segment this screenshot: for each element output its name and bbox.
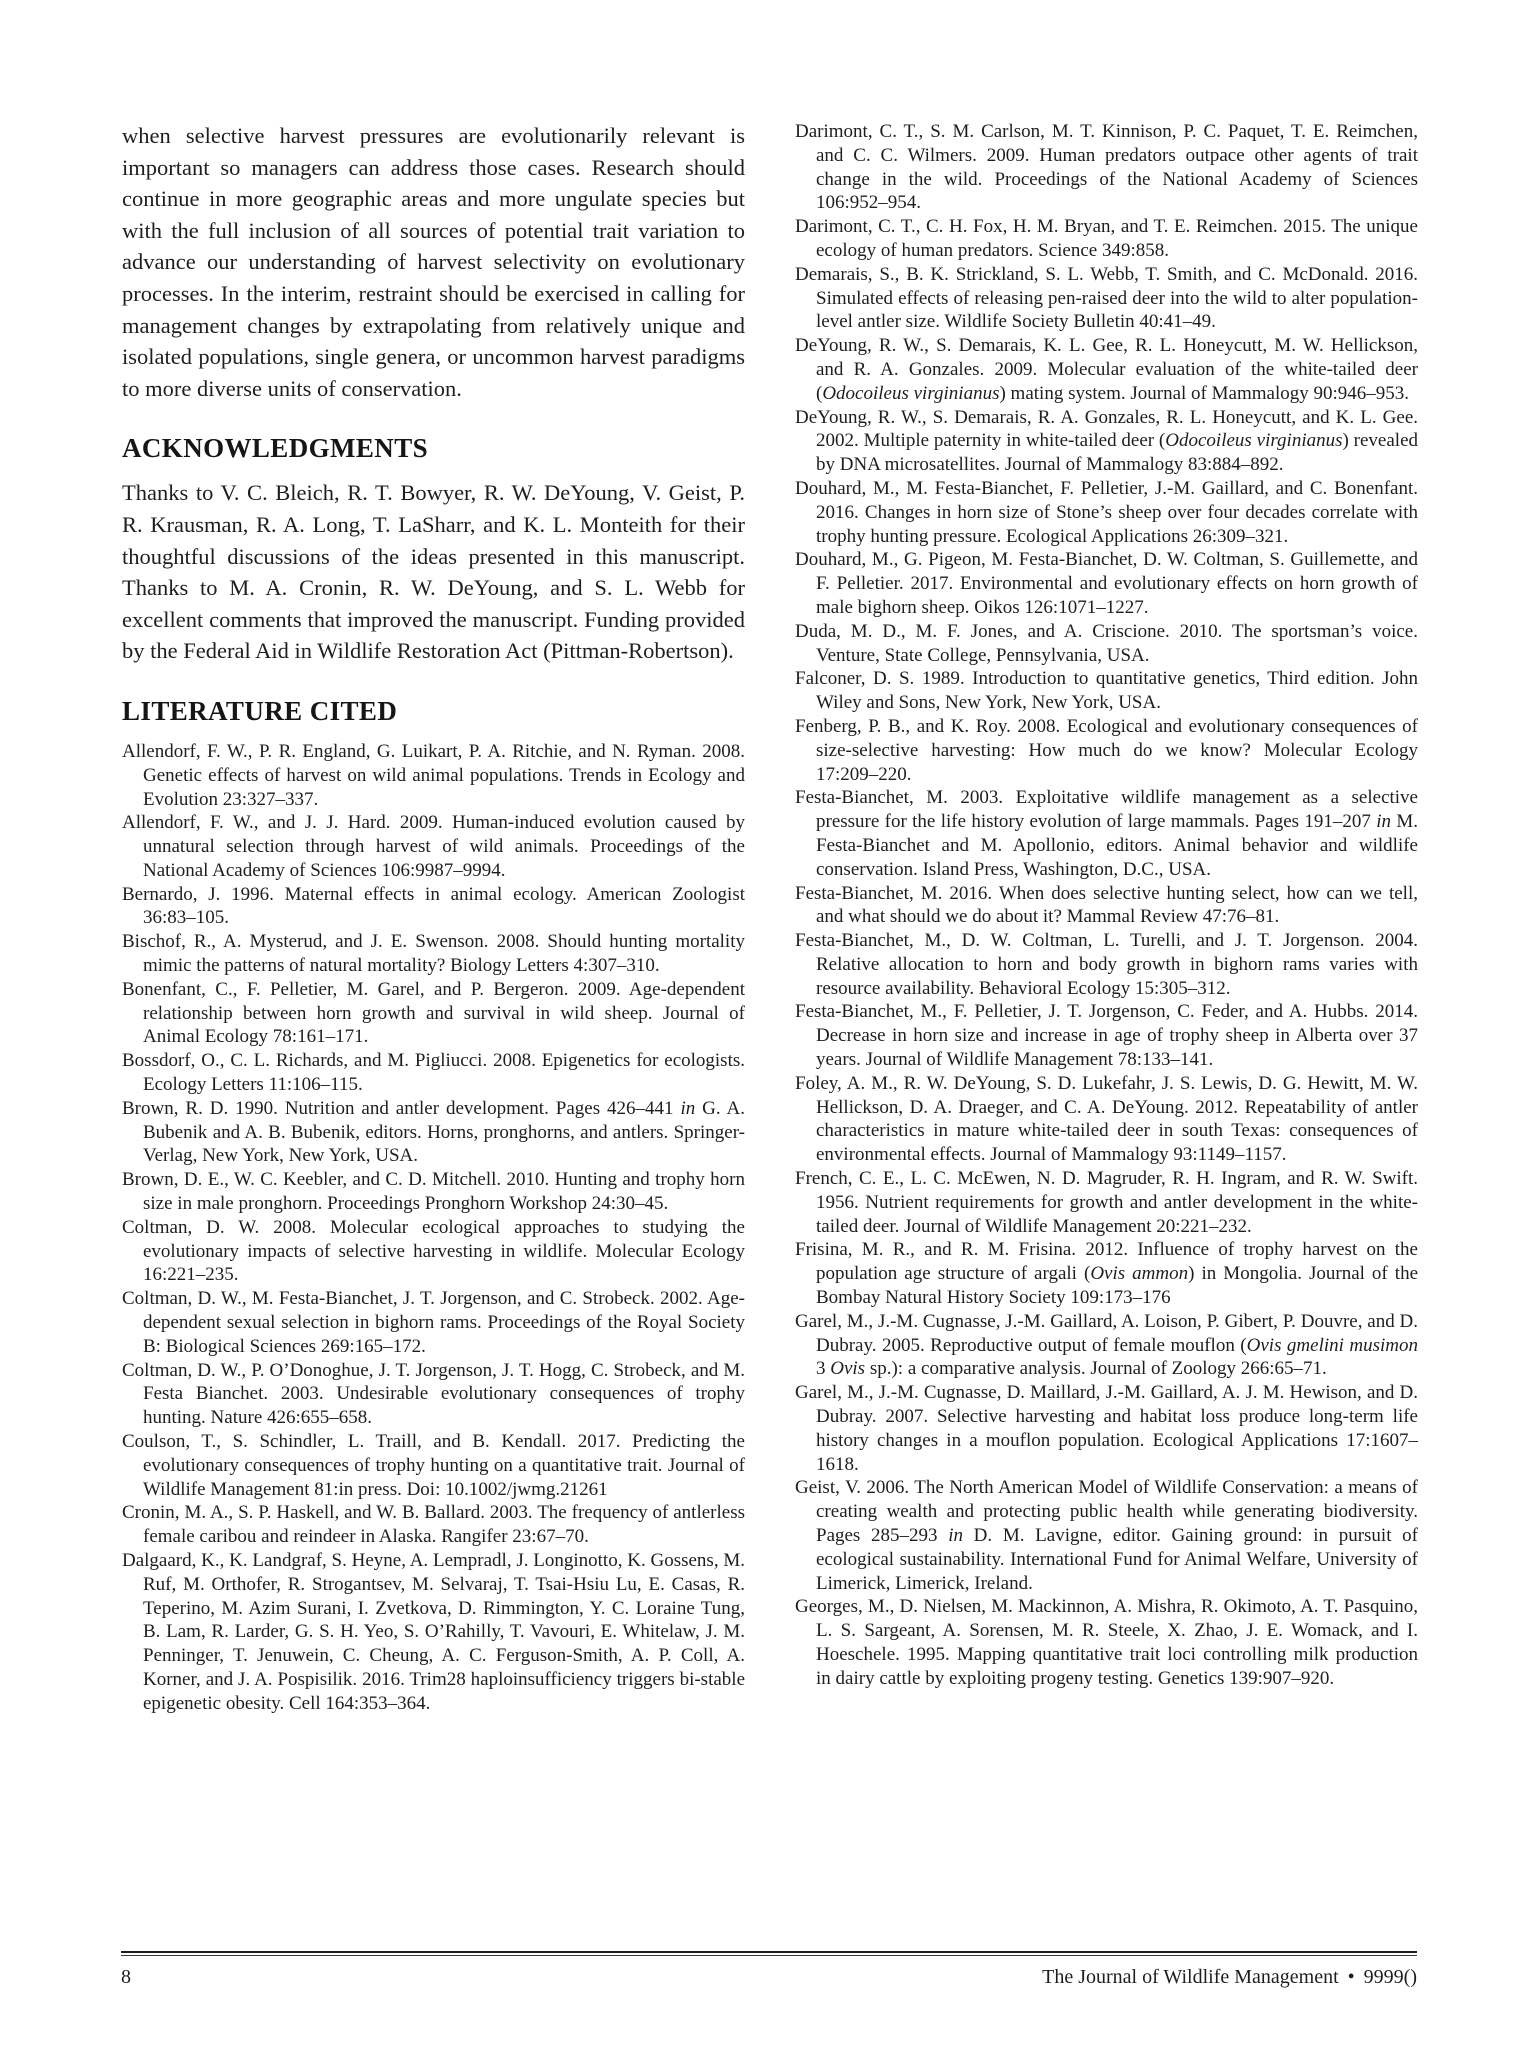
page-footer: 8 The Journal of Wildlife Management • 9…: [121, 1966, 1417, 1989]
references-right: Darimont, C. T., S. M. Carlson, M. T. Ki…: [795, 120, 1418, 1691]
reference-item: Bonenfant, C., F. Pelletier, M. Garel, a…: [122, 978, 745, 1049]
reference-item: Falconer, D. S. 1989. Introduction to qu…: [795, 667, 1418, 715]
acknowledgments-heading: ACKNOWLEDGMENTS: [122, 433, 745, 464]
reference-item: Allendorf, F. W., P. R. England, G. Luik…: [122, 740, 745, 811]
reference-item: DeYoung, R. W., S. Demarais, R. A. Gonza…: [795, 406, 1418, 477]
reference-item: Coltman, D. W., M. Festa-Bianchet, J. T.…: [122, 1287, 745, 1358]
reference-item: Frisina, M. R., and R. M. Frisina. 2012.…: [795, 1238, 1418, 1309]
acknowledgments-paragraph: Thanks to V. C. Bleich, R. T. Bowyer, R.…: [122, 477, 745, 667]
reference-item: Bischof, R., A. Mysterud, and J. E. Swen…: [122, 930, 745, 978]
reference-item: Bossdorf, O., C. L. Richards, and M. Pig…: [122, 1049, 745, 1097]
reference-item: Garel, M., J.-M. Cugnasse, D. Maillard, …: [795, 1381, 1418, 1476]
reference-item: Douhard, M., G. Pigeon, M. Festa-Bianche…: [795, 548, 1418, 619]
reference-item: Allendorf, F. W., and J. J. Hard. 2009. …: [122, 811, 745, 882]
journal-title: The Journal of Wildlife Management: [1042, 1966, 1339, 1988]
journal-page: when selective harvest pressures are evo…: [0, 0, 1535, 2048]
reference-item: Festa-Bianchet, M., F. Pelletier, J. T. …: [795, 1000, 1418, 1071]
footer-rule: [121, 1951, 1417, 1956]
reference-item: Coltman, D. W. 2008. Molecular ecologica…: [122, 1216, 745, 1287]
reference-item: Fenberg, P. B., and K. Roy. 2008. Ecolog…: [795, 715, 1418, 786]
reference-item: Coulson, T., S. Schindler, L. Traill, an…: [122, 1430, 745, 1501]
reference-item: Geist, V. 2006. The North American Model…: [795, 1476, 1418, 1595]
reference-item: Festa-Bianchet, M. 2003. Exploitative wi…: [795, 786, 1418, 881]
literature-cited-heading: LITERATURE CITED: [122, 696, 745, 727]
reference-item: Dalgaard, K., K. Landgraf, S. Heyne, A. …: [122, 1549, 745, 1716]
reference-item: Brown, D. E., W. C. Keebler, and C. D. M…: [122, 1168, 745, 1216]
left-column: when selective harvest pressures are evo…: [122, 120, 745, 1716]
reference-item: French, C. E., L. C. McEwen, N. D. Magru…: [795, 1167, 1418, 1238]
intro-paragraph: when selective harvest pressures are evo…: [122, 120, 745, 404]
reference-item: Darimont, C. T., S. M. Carlson, M. T. Ki…: [795, 120, 1418, 215]
footer-bullet-separator: •: [1348, 1966, 1355, 1988]
reference-item: Garel, M., J.-M. Cugnasse, J.-M. Gaillar…: [795, 1310, 1418, 1381]
reference-item: Douhard, M., M. Festa-Bianchet, F. Pelle…: [795, 477, 1418, 548]
journal-issue: 9999(): [1364, 1966, 1417, 1988]
reference-item: Demarais, S., B. K. Strickland, S. L. We…: [795, 263, 1418, 334]
reference-item: Festa-Bianchet, M., D. W. Coltman, L. Tu…: [795, 929, 1418, 1000]
reference-item: Foley, A. M., R. W. DeYoung, S. D. Lukef…: [795, 1072, 1418, 1167]
reference-item: Darimont, C. T., C. H. Fox, H. M. Bryan,…: [795, 215, 1418, 263]
reference-item: Festa-Bianchet, M. 2016. When does selec…: [795, 882, 1418, 930]
right-column: Darimont, C. T., S. M. Carlson, M. T. Ki…: [795, 120, 1418, 1716]
references-left: Allendorf, F. W., P. R. England, G. Luik…: [122, 740, 745, 1716]
page-columns: when selective harvest pressures are evo…: [122, 120, 1418, 1716]
reference-item: Coltman, D. W., P. O’Donoghue, J. T. Jor…: [122, 1359, 745, 1430]
page-number: 8: [121, 1966, 131, 1989]
reference-item: Brown, R. D. 1990. Nutrition and antler …: [122, 1097, 745, 1168]
journal-footer-line: The Journal of Wildlife Management • 999…: [1038, 1966, 1417, 1989]
reference-item: DeYoung, R. W., S. Demarais, K. L. Gee, …: [795, 334, 1418, 405]
reference-item: Georges, M., D. Nielsen, M. Mackinnon, A…: [795, 1595, 1418, 1690]
reference-item: Duda, M. D., M. F. Jones, and A. Criscio…: [795, 620, 1418, 668]
reference-item: Bernardo, J. 1996. Maternal effects in a…: [122, 883, 745, 931]
reference-item: Cronin, M. A., S. P. Haskell, and W. B. …: [122, 1501, 745, 1549]
